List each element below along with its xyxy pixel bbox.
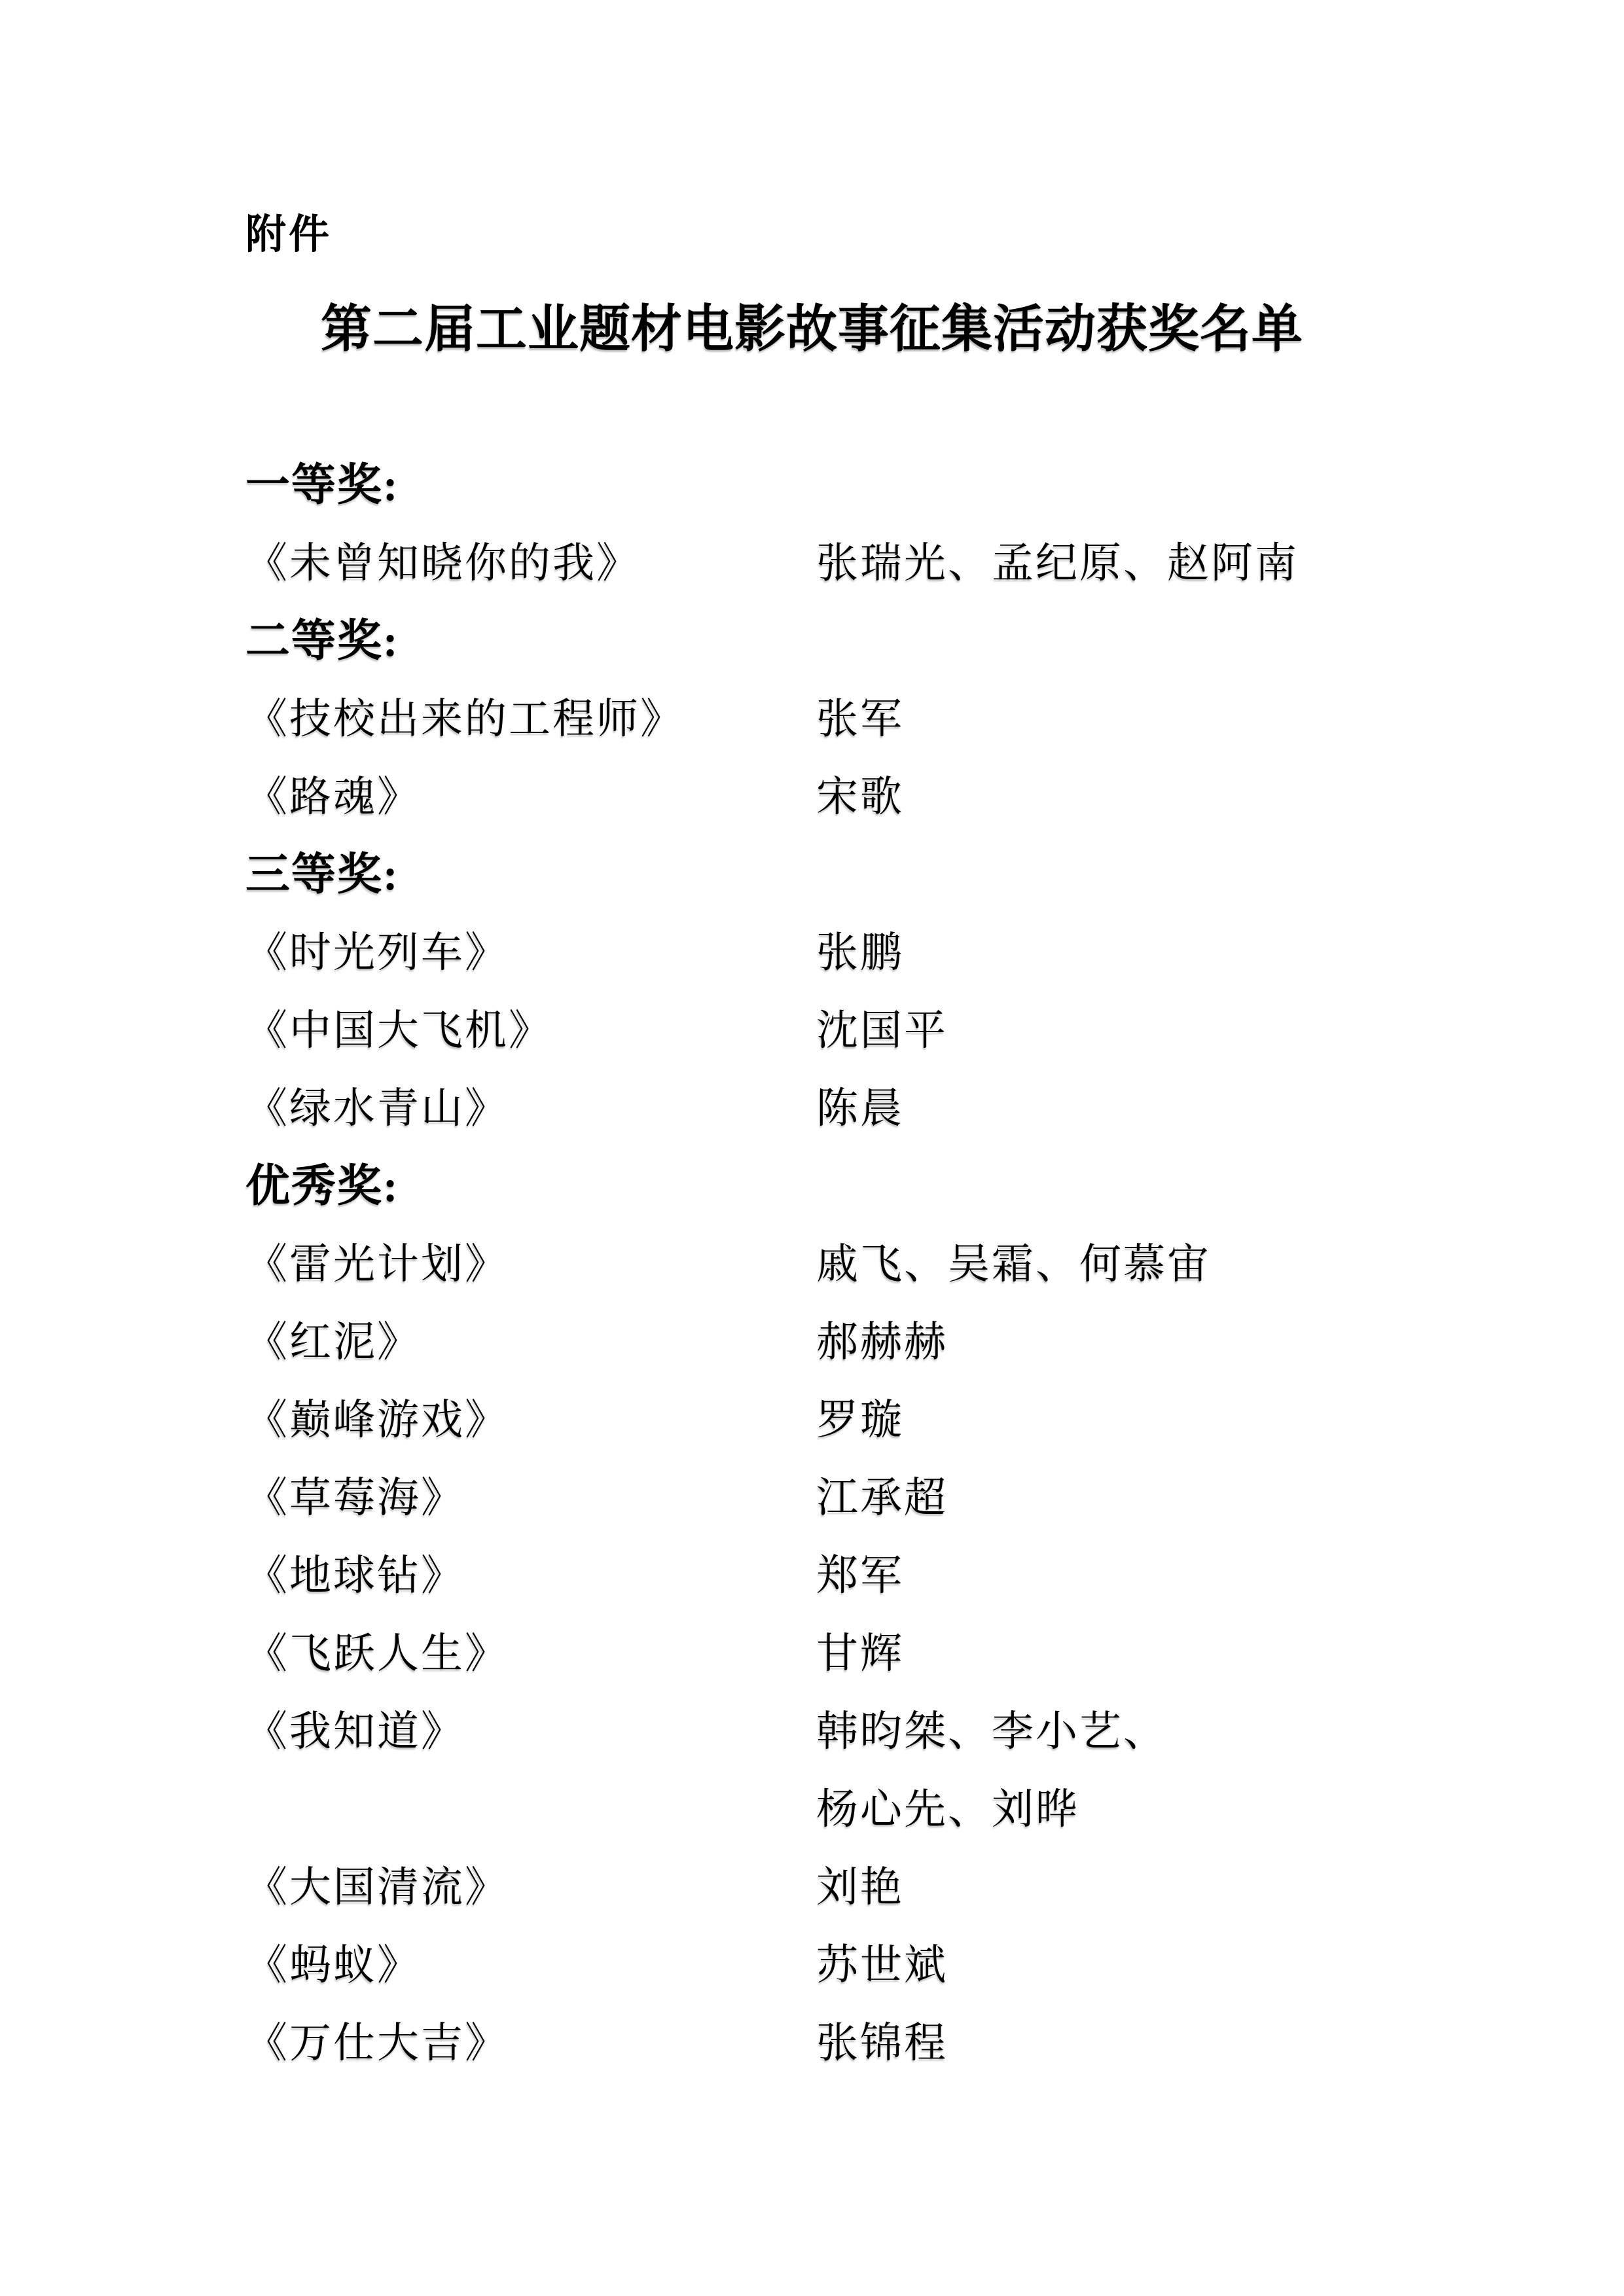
entry-authors: 江承超	[816, 1464, 948, 1524]
award-entry-row: 《红泥》 郝赫赫	[245, 1299, 1493, 1377]
award-entry-row: 《雷光计划》 戚飞、吴霜、何慕宙	[245, 1221, 1493, 1299]
entry-authors: 张锦程	[816, 2009, 948, 2070]
document-title: 第二届工业题材电影故事征集活动获奖名单	[0, 301, 1624, 357]
entry-authors: 宋歌	[816, 763, 904, 823]
award-entry-row: 《中国大飞机》 沈国平	[245, 988, 1493, 1066]
entry-authors: 杨心先、刘晔	[816, 1776, 1079, 1836]
entry-title: 《我知道》	[245, 1698, 816, 1758]
entry-title: 《路魂》	[245, 763, 816, 823]
entry-title: 《雷光计划》	[245, 1230, 816, 1291]
entry-title: 《技校出来的工程师》	[245, 685, 816, 745]
award-entry-row: 《地球钻》 郑军	[245, 1533, 1493, 1611]
award-entry-row: 《技校出来的工程师》 张军	[245, 676, 1493, 754]
entry-authors: 刘艳	[816, 1854, 904, 1914]
award-list: 一等奖: 《未曾知晓你的我》 张瑞光、孟纪原、赵阿南 二等奖: 《技校出来的工程…	[245, 442, 1493, 2078]
entry-authors: 张军	[816, 685, 904, 745]
entry-authors: 陈晨	[816, 1075, 904, 1135]
entry-title: 《草莓海》	[245, 1464, 816, 1524]
attachment-label: 附件	[245, 215, 332, 255]
section-heading-first-prize: 一等奖:	[245, 442, 1493, 520]
award-entry-row-continuation: 杨心先、刘晔	[245, 1767, 1493, 1844]
entry-title: 《未曾知晓你的我》	[245, 529, 816, 590]
entry-title: 《红泥》	[245, 1308, 816, 1369]
award-entry-row: 《巅峰游戏》 罗璇	[245, 1377, 1493, 1455]
section-heading-second-prize: 二等奖:	[245, 598, 1493, 676]
award-entry-row: 《我知道》 韩昀桀、李小艺、	[245, 1689, 1493, 1767]
award-entry-row: 《万仕大吉》 张锦程	[245, 2000, 1493, 2078]
entry-authors: 沈国平	[816, 997, 948, 1057]
award-entry-row: 《蚂蚁》 苏世斌	[245, 1922, 1493, 2000]
entry-authors: 张瑞光、孟纪原、赵阿南	[816, 529, 1299, 590]
entry-authors: 苏世斌	[816, 1931, 948, 1992]
award-entry-row: 《大国清流》 刘艳	[245, 1844, 1493, 1922]
entry-authors: 郝赫赫	[816, 1308, 948, 1369]
entry-title: 《绿水青山》	[245, 1075, 816, 1135]
entry-authors: 张鹏	[816, 919, 904, 979]
entry-authors: 罗璇	[816, 1386, 904, 1446]
entry-title: 《万仕大吉》	[245, 2009, 816, 2070]
entry-authors: 郑军	[816, 1542, 904, 1602]
entry-title: 《蚂蚁》	[245, 1931, 816, 1992]
entry-title: 《大国清流》	[245, 1854, 816, 1914]
entry-authors: 韩昀桀、李小艺、	[816, 1698, 1167, 1758]
entry-title: 《中国大飞机》	[245, 997, 816, 1057]
entry-title: 《地球钻》	[245, 1542, 816, 1602]
entry-title: 《巅峰游戏》	[245, 1386, 816, 1446]
award-entry-row: 《路魂》 宋歌	[245, 754, 1493, 832]
award-entry-row: 《时光列车》 张鹏	[245, 910, 1493, 988]
document-page: 附件 第二届工业题材电影故事征集活动获奖名单 一等奖: 《未曾知晓你的我》 张瑞…	[0, 0, 1624, 2296]
award-entry-row: 《飞跃人生》 甘辉	[245, 1611, 1493, 1689]
award-entry-row: 《绿水青山》 陈晨	[245, 1066, 1493, 1143]
entry-title: 《飞跃人生》	[245, 1620, 816, 1680]
entry-authors: 戚飞、吴霜、何慕宙	[816, 1230, 1211, 1291]
award-entry-row: 《草莓海》 江承超	[245, 1455, 1493, 1533]
section-heading-excellence-prize: 优秀奖:	[245, 1143, 1493, 1221]
entry-authors: 甘辉	[816, 1620, 904, 1680]
entry-title: 《时光列车》	[245, 919, 816, 979]
section-heading-third-prize: 三等奖:	[245, 832, 1493, 910]
award-entry-row: 《未曾知晓你的我》 张瑞光、孟纪原、赵阿南	[245, 520, 1493, 598]
